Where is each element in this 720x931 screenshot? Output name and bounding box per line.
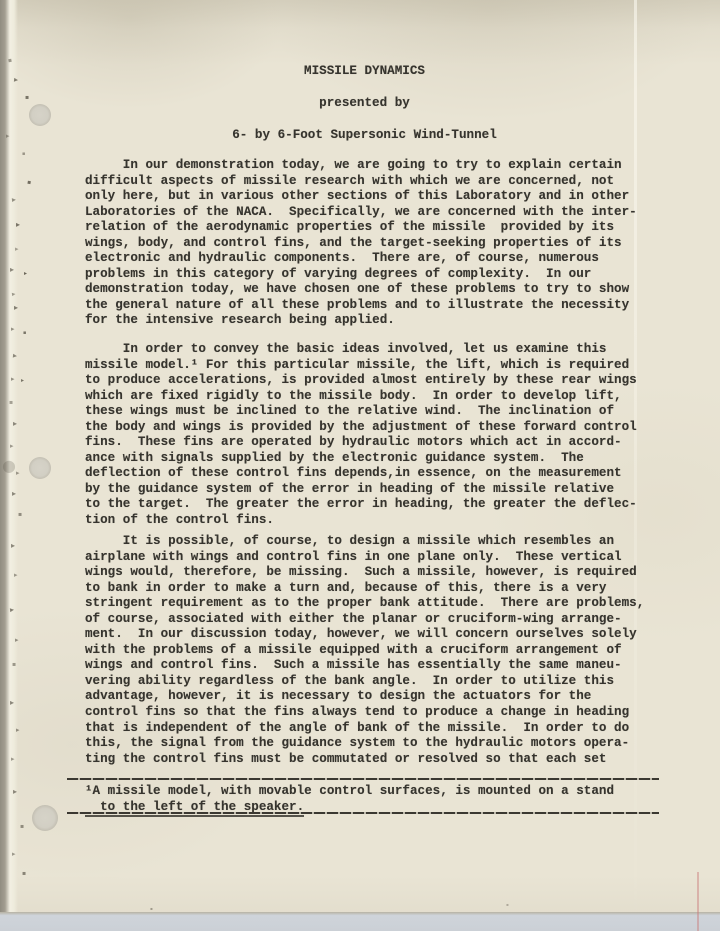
pencil-mark: ▸ [11, 376, 15, 383]
pencil-mark: ▸ [14, 572, 18, 579]
pencil-mark: ▸ [12, 291, 16, 298]
pencil-mark: ▪ [9, 400, 13, 406]
pencil-mark: ▸ [24, 271, 27, 277]
pencil-mark: ▸ [21, 378, 24, 384]
pencil-mark: ▸ [10, 443, 14, 450]
pencil-mark: ▪ [150, 907, 153, 911]
footnote-underlined-text: to the left of the speaker. [85, 800, 304, 817]
footnote-line-1: ¹A missile model, with movable control s… [85, 784, 614, 800]
doc-subtitle-wind-tunnel: 6- by 6-Foot Supersonic Wind-Tunnel [85, 128, 644, 144]
pencil-mark: ▸ [15, 246, 19, 253]
punch-hole [32, 805, 58, 831]
pencil-mark: ▸ [11, 542, 15, 550]
pencil-mark: ▪ [12, 662, 16, 668]
doc-title: MISSILE DYNAMICS [85, 64, 644, 80]
pencil-mark: ▸ [12, 490, 16, 498]
pencil-mark: ▸ [16, 221, 20, 229]
pencil-mark: ▸ [13, 788, 17, 796]
pencil-mark: ▸ [12, 851, 16, 858]
pencil-mark: ▸ [11, 756, 15, 763]
punch-hole [29, 457, 51, 479]
pencil-mark: ▸ [13, 420, 17, 428]
pencil-mark: ▸ [14, 304, 18, 312]
pencil-mark: ▸ [16, 470, 20, 477]
pencil-mark: ▸ [6, 133, 10, 140]
pencil-mark: ▪ [25, 95, 29, 101]
pencil-mark: ▸ [15, 637, 19, 644]
footnote-rule-top [67, 778, 659, 780]
paragraph-3: It is possible, of course, to design a m… [85, 534, 644, 767]
red-edge-mark [697, 872, 699, 931]
pencil-mark: ▸ [12, 196, 17, 204]
pencil-mark: ▸ [16, 727, 20, 734]
pencil-mark: ▪ [8, 58, 13, 65]
scan-background-bottom [0, 912, 720, 931]
doc-subtitle-presented-by: presented by [85, 96, 644, 112]
punch-hole [29, 104, 51, 126]
pencil-mark: ▸ [10, 266, 14, 274]
paragraph-2: In order to convey the basic ideas invol… [85, 342, 637, 529]
pencil-mark: ▸ [10, 606, 15, 614]
pencil-mark: ▸ [10, 699, 14, 707]
pencil-mark: ▪ [506, 903, 509, 907]
pencil-mark: ▪ [20, 824, 24, 830]
pencil-mark: ▸ [14, 76, 19, 84]
pencil-mark: ▸ [11, 326, 15, 333]
pencil-mark: ▪ [18, 512, 22, 518]
pencil-mark: ● [2, 458, 16, 474]
pencil-mark: ▪ [27, 180, 32, 187]
paragraph-1: In our demonstration today, we are going… [85, 158, 637, 329]
pencil-mark: ▸ [13, 352, 18, 360]
pencil-mark: ▪ [23, 331, 26, 336]
scanned-page: ▪▸▪▸▪▪▸▸▸▸▸▸▸▸▪▸▸▸▪▸▸●▸▸▪▸▸▸▸▪▸▸▸▸▪▸▪▪▪▪… [0, 0, 720, 931]
pencil-mark: ▪ [22, 152, 25, 157]
pencil-mark: ▪ [22, 871, 26, 877]
footnote-rule-bottom [67, 812, 659, 814]
